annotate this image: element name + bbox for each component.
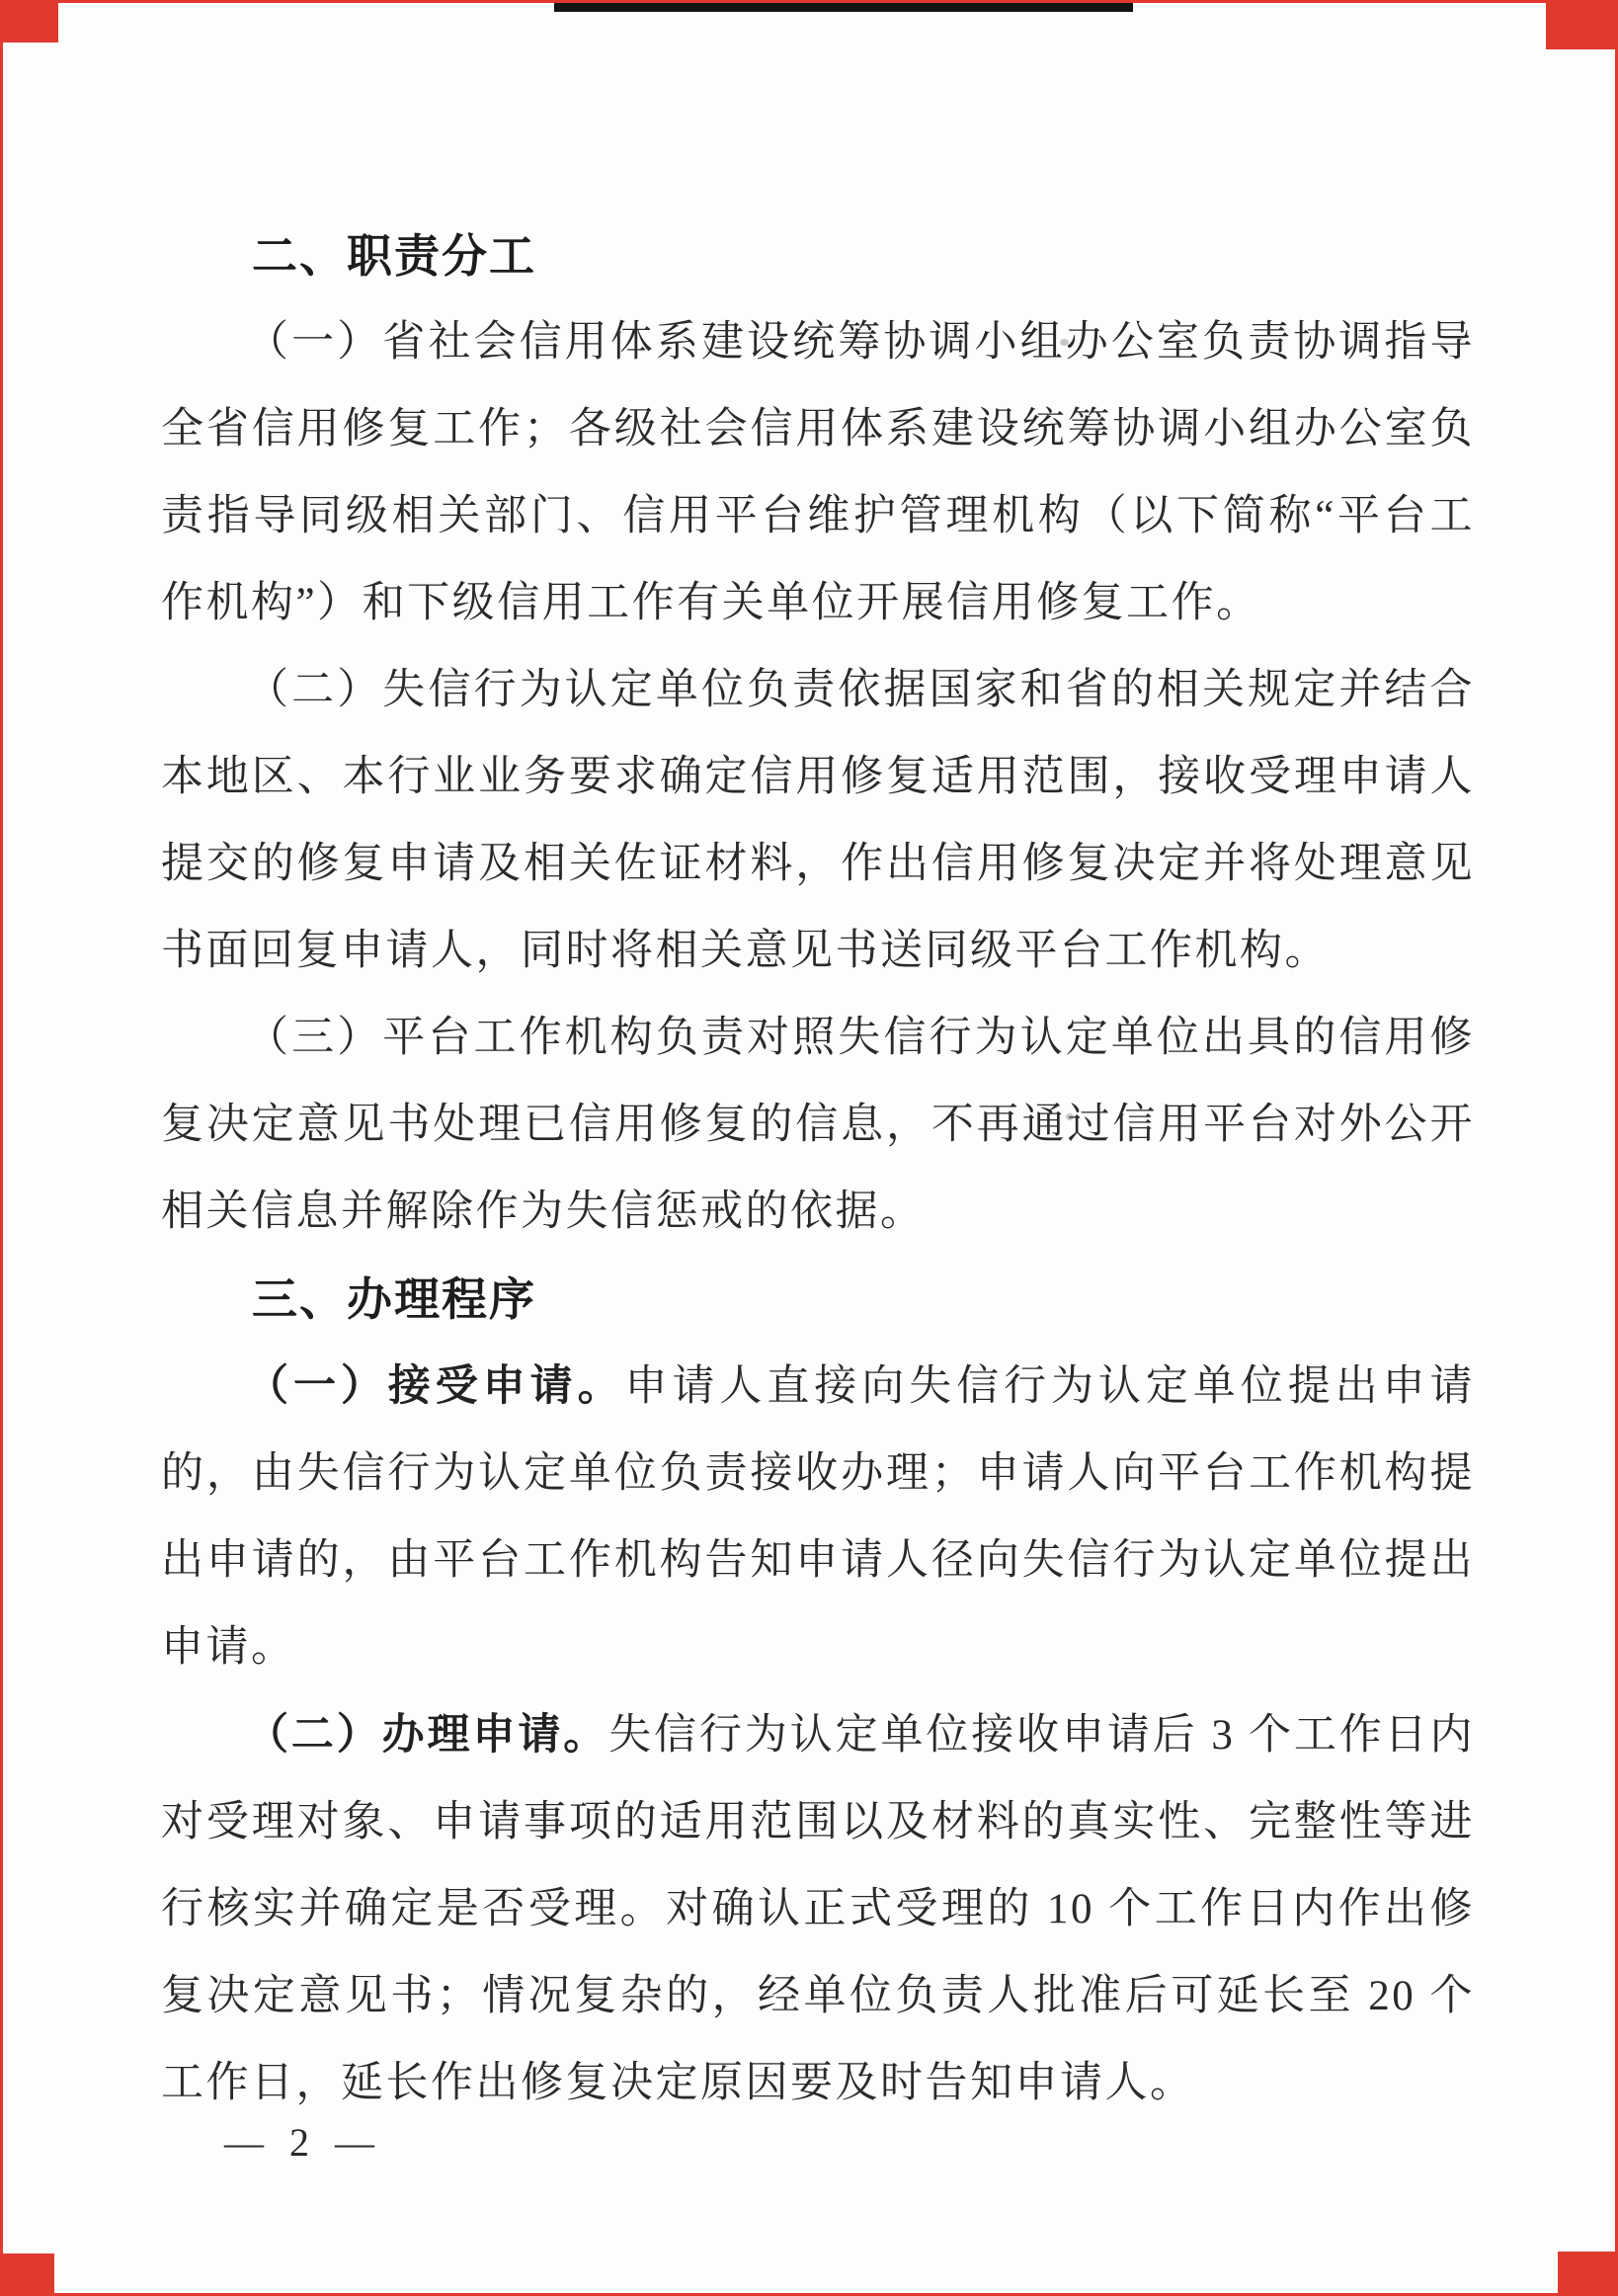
paragraph: （一）接受申请。申请人直接向失信行为认定单位提出申请的，由失信行为认定单位负责接… xyxy=(161,1343,1475,1691)
paragraph-text: 失信行为认定单位接收申请后 3 个工作日内对受理对象、申请事项的适用范围以及材料… xyxy=(161,1712,1475,2106)
red-corner-mark-top-right xyxy=(1546,3,1615,49)
document-body: 二、职责分工 （一）省社会信用体系建设统筹协调小组办公室负责协调指导全省信用修复… xyxy=(161,212,1475,2127)
scan-artifact-top-bar xyxy=(554,3,1133,12)
paragraph-lead: （一）接受申请。 xyxy=(246,1362,625,1410)
paragraph-text: （三）平台工作机构负责对照失信行为认定单位出具的信用修复决定意见书处理已信用修复… xyxy=(161,1015,1475,1235)
paragraph: （二）失信行为认定单位负责依据国家和省的相关规定并结合本地区、本行业业务要求确定… xyxy=(161,647,1475,995)
document-page: 二、职责分工 （一）省社会信用体系建设统筹协调小组办公室负责协调指导全省信用修复… xyxy=(0,0,1618,2296)
red-corner-mark-top-left xyxy=(3,3,58,42)
section-heading-procedure: 三、办理程序 xyxy=(161,1256,1475,1343)
paragraph: （一）省社会信用体系建设统筹协调小组办公室负责协调指导全省信用修复工作；各级社会… xyxy=(161,299,1475,647)
paragraph: （三）平台工作机构负责对照失信行为认定单位出具的信用修复决定意见书处理已信用修复… xyxy=(161,995,1475,1256)
section-heading-duties: 二、职责分工 xyxy=(161,212,1475,299)
red-corner-mark-bottom-left xyxy=(3,2254,54,2293)
paragraph-text: （二）失信行为认定单位负责依据国家和省的相关规定并结合本地区、本行业业务要求确定… xyxy=(161,667,1475,974)
red-corner-mark-bottom-right xyxy=(1558,2252,1615,2293)
page-number: — 2 — xyxy=(224,2119,382,2166)
paragraph: （二）办理申请。失信行为认定单位接收申请后 3 个工作日内对受理对象、申请事项的… xyxy=(161,1691,1475,2127)
paragraph-lead: （二）办理申请。 xyxy=(246,1711,608,1759)
paragraph-text: （一）省社会信用体系建设统筹协调小组办公室负责协调指导全省信用修复工作；各级社会… xyxy=(161,319,1475,626)
